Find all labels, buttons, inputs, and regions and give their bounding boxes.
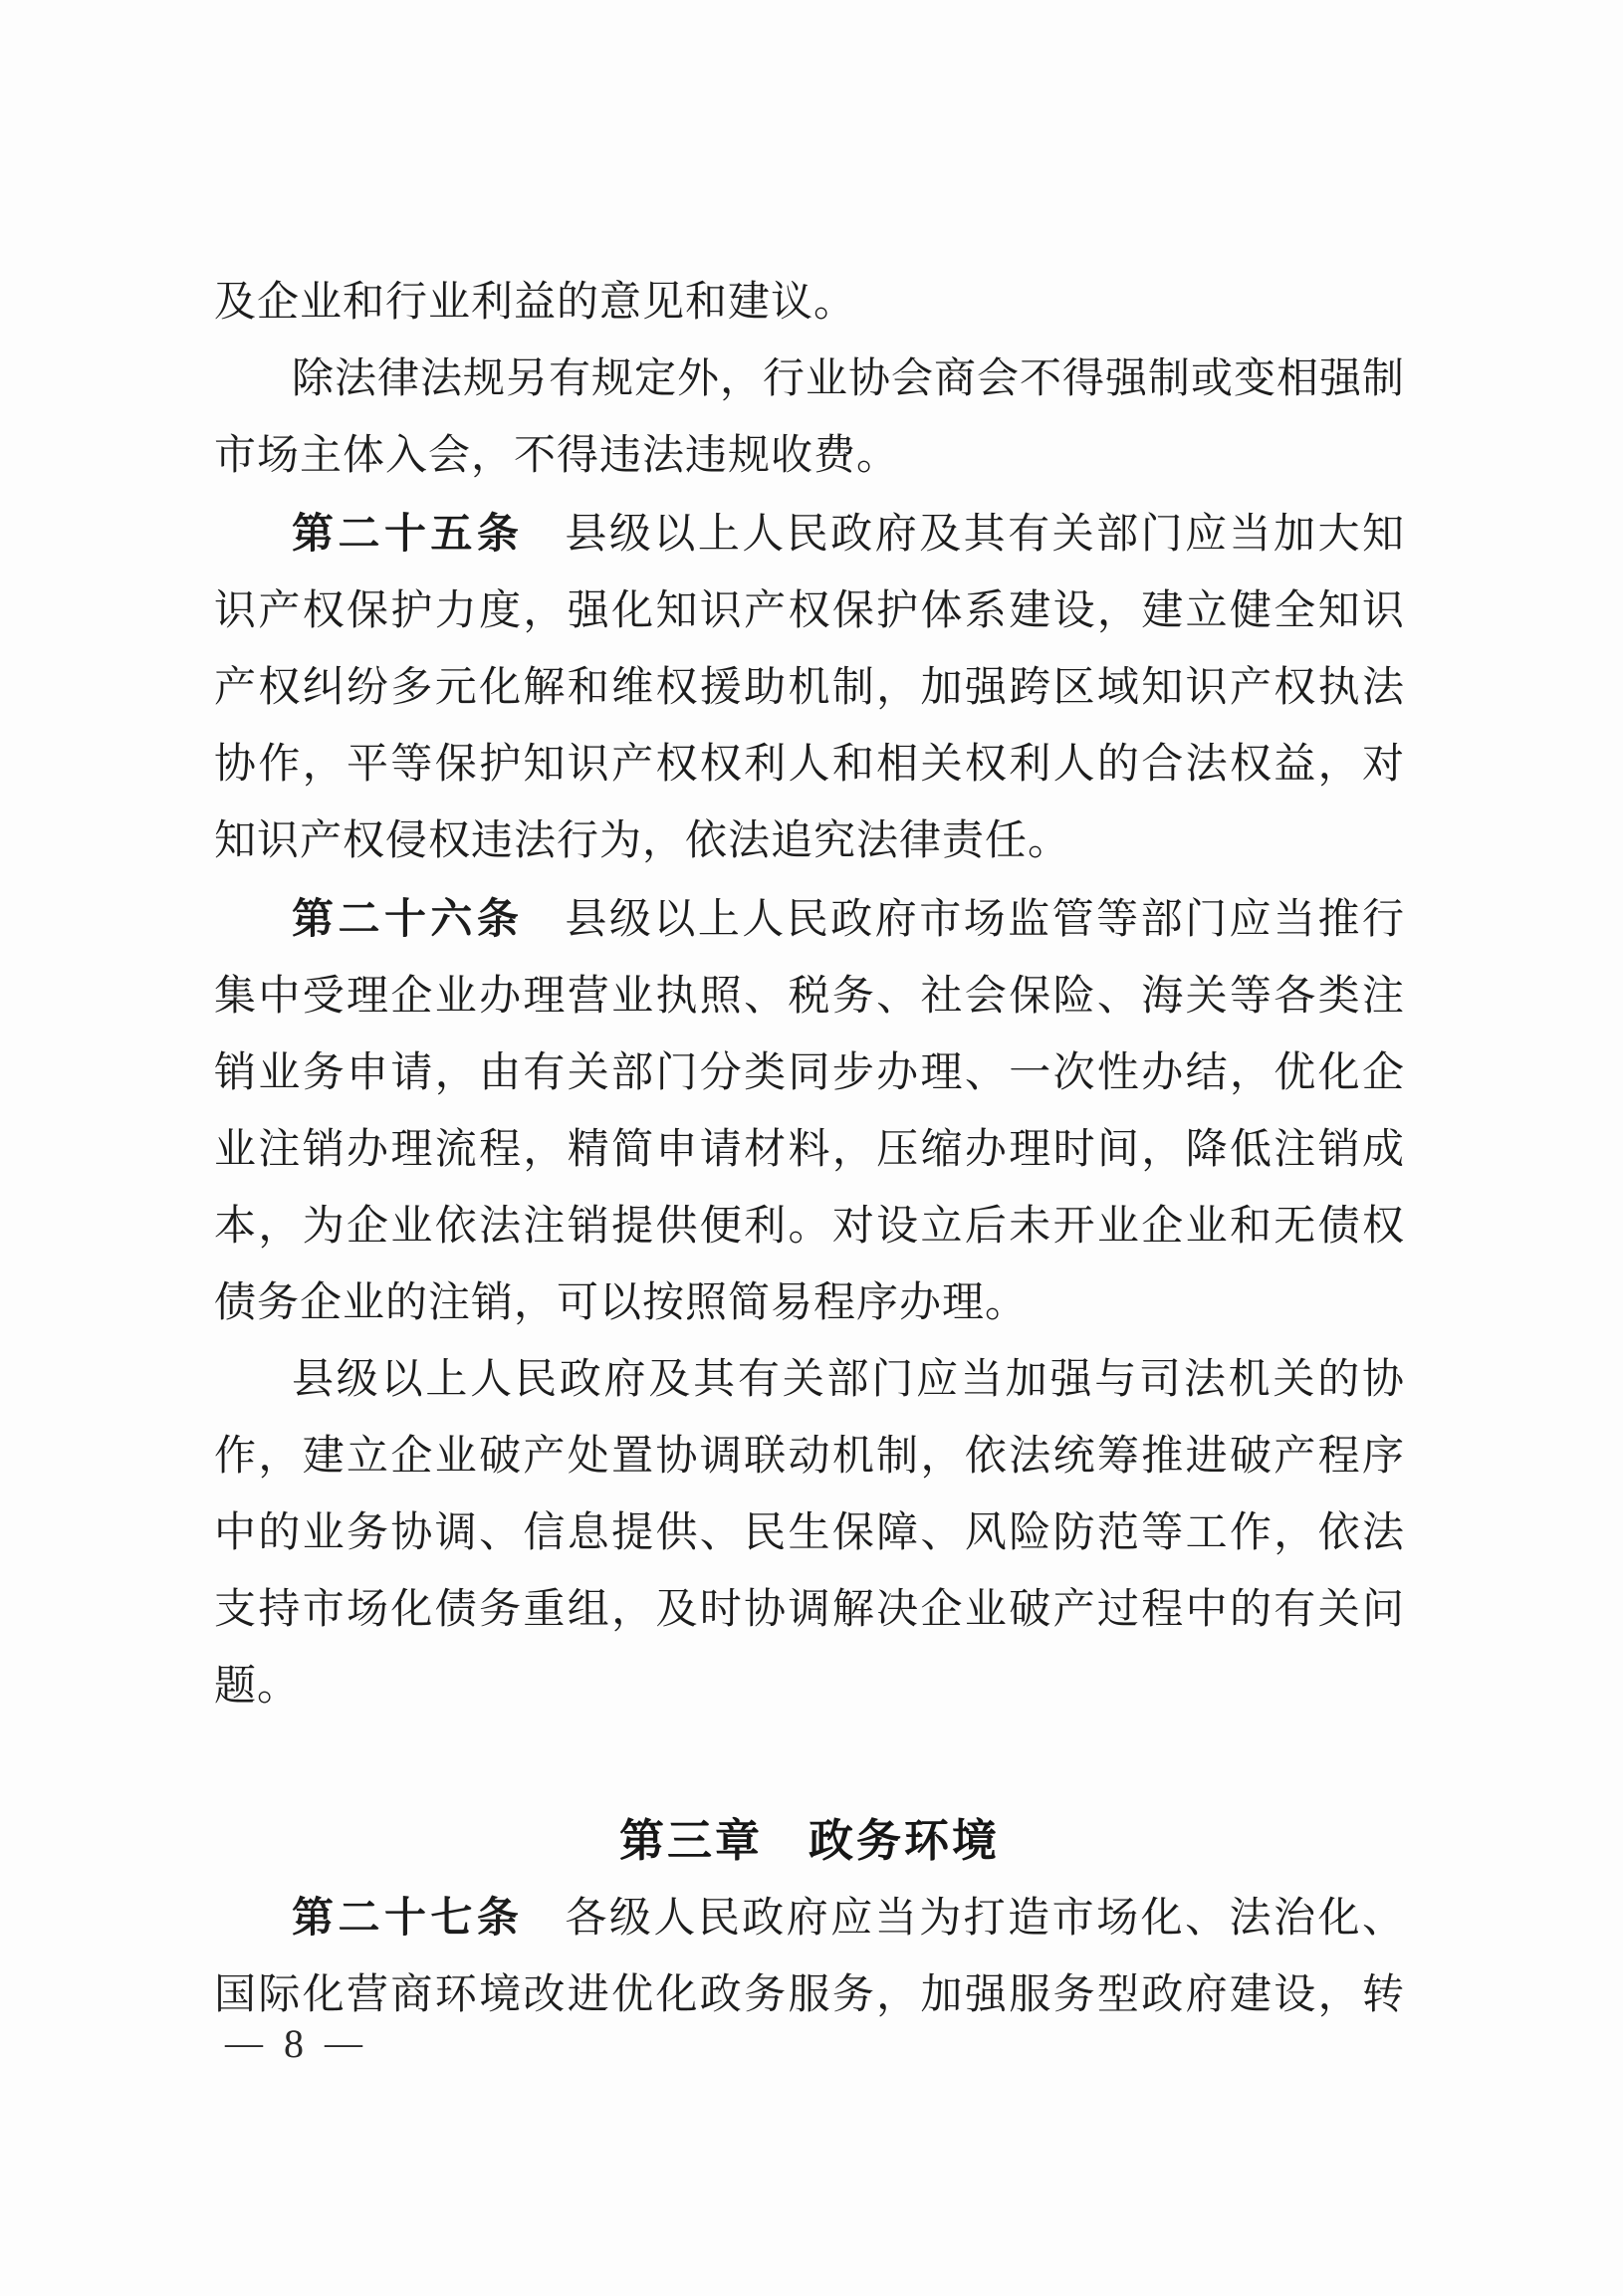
chapter-title: 政务环境 — [809, 1815, 1000, 1866]
paragraph-text: 除法律法规另有规定外，行业协会商会不得强制或变相强制市场主体入会，不得违法违规收… — [214, 356, 1405, 479]
article-number: 第二十七条 — [292, 1894, 523, 1941]
chapter-heading: 第三章政务环境 — [214, 1802, 1405, 1879]
paragraph: 县级以上人民政府及其有关部门应当加强与司法机关的协作，建立企业破产处置协调联动机… — [214, 1342, 1405, 1725]
footer-dash-right: — — [325, 2021, 362, 2065]
document-body: 及企业和行业利益的意见和建议。 除法律法规另有规定外，行业协会商会不得强制或变相… — [214, 265, 1405, 2042]
paragraph-article-27: 第二十七条各级人民政府应当为打造市场化、法治化、国际化营商环境改进优化政务服务，… — [214, 1879, 1405, 2042]
article-number: 第二十五条 — [292, 510, 523, 557]
document-page: 及企业和行业利益的意见和建议。 除法律法规另有规定外，行业协会商会不得强制或变相… — [0, 0, 1623, 2296]
paragraph-text: 县级以上人民政府及其有关部门应当加大知识产权保护力度，强化知识产权保护体系建设，… — [214, 512, 1405, 864]
article-number: 第二十六条 — [292, 895, 523, 942]
paragraph-text: 县级以上人民政府及其有关部门应当加强与司法机关的协作，建立企业破产处置协调联动机… — [214, 1357, 1405, 1710]
chapter-number: 第三章 — [619, 1815, 763, 1866]
page-number: 8 — [284, 2020, 304, 2067]
paragraph-article-26: 第二十六条县级以上人民政府市场监管等部门应当推行集中受理企业办理营业执照、税务、… — [214, 880, 1405, 1342]
footer-dash-left: — — [225, 2021, 263, 2065]
paragraph-continuation: 及企业和行业利益的意见和建议。 — [214, 265, 1405, 342]
paragraph-text: 及企业和行业利益的意见和建议。 — [214, 280, 856, 326]
paragraph: 除法律法规另有规定外，行业协会商会不得强制或变相强制市场主体入会，不得违法违规收… — [214, 342, 1405, 495]
paragraph-text: 县级以上人民政府市场监管等部门应当推行集中受理企业办理营业执照、税务、社会保险、… — [214, 897, 1405, 1326]
page-footer: — 8 — — [225, 2021, 362, 2065]
paragraph-article-25: 第二十五条县级以上人民政府及其有关部门应当加大知识产权保护力度，强化知识产权保护… — [214, 495, 1405, 880]
